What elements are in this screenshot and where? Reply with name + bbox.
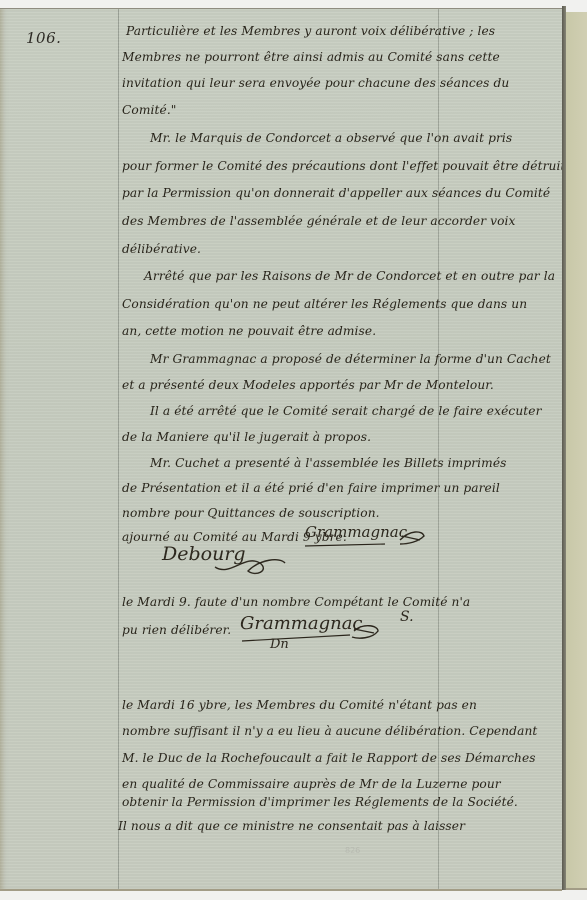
text-line: en qualité de Commissaire auprès de Mr d… bbox=[122, 777, 501, 791]
text-line: et a présenté deux Modeles apportés par … bbox=[122, 378, 494, 392]
text-line: Il a été arrêté que le Comité serait cha… bbox=[150, 404, 542, 418]
left-margin-rule bbox=[118, 9, 119, 889]
manuscript-page: 106. Particulière et les Membres y auron… bbox=[0, 8, 562, 891]
adjacent-page-edge bbox=[566, 12, 587, 890]
text-line: Comité." bbox=[122, 103, 177, 117]
text-line: le Mardi 9. faute d'un nombre Compétant … bbox=[122, 595, 470, 609]
text-line: nombre pour Quittances de souscription. bbox=[122, 506, 380, 520]
text-line: des Membres de l'assemblée générale et d… bbox=[122, 214, 516, 228]
text-line: pu rien délibérer. bbox=[122, 623, 231, 637]
text-line: Particulière et les Membres y auront voi… bbox=[126, 24, 495, 38]
faint-stamp: 826 bbox=[345, 846, 360, 855]
text-line: Considération qu'on ne peut altérer les … bbox=[122, 297, 527, 311]
text-line: par la Permission qu'on donnerait d'appe… bbox=[122, 186, 550, 200]
text-line: nombre suffisant il n'y a eu lieu à aucu… bbox=[122, 724, 537, 738]
text-line: obtenir la Permission d'imprimer les Rég… bbox=[122, 795, 518, 809]
text-line: pour former le Comité des précautions do… bbox=[122, 159, 566, 173]
text-line: an, cette motion ne pouvait être admise. bbox=[122, 324, 376, 338]
text-line: Il nous a dit que ce ministre ne consent… bbox=[118, 819, 465, 833]
text-line: de Présentation et il a été prié d'en fa… bbox=[122, 481, 500, 495]
signature-paraph-icon bbox=[300, 526, 430, 552]
text-line: Mr. Cuchet a presenté à l'assemblée les … bbox=[150, 456, 507, 470]
signature-flourish-icon bbox=[210, 549, 290, 579]
signature-initials-dn: Dn bbox=[270, 637, 289, 652]
text-line: Arrêté que par les Raisons de Mr de Cond… bbox=[144, 269, 555, 283]
text-line: le Mardi 16 ybre, les Membres du Comité … bbox=[122, 698, 477, 712]
signature-initial: S. bbox=[400, 609, 414, 625]
signature-paraph-icon bbox=[238, 621, 388, 651]
text-line: délibérative. bbox=[122, 242, 201, 256]
text-line: Mr. le Marquis de Condorcet a observé qu… bbox=[150, 131, 512, 145]
text-line: de la Maniere qu'il le jugerait à propos… bbox=[122, 430, 371, 444]
text-line: Membres ne pourront être ainsi admis au … bbox=[122, 50, 500, 64]
text-line: Mr Grammagnac a proposé de déterminer la… bbox=[150, 352, 551, 366]
text-line: M. le Duc de la Rochefoucault a fait le … bbox=[122, 751, 536, 765]
text-line: invitation qui leur sera envoyée pour ch… bbox=[122, 76, 509, 90]
folio-number: 106. bbox=[26, 29, 61, 47]
